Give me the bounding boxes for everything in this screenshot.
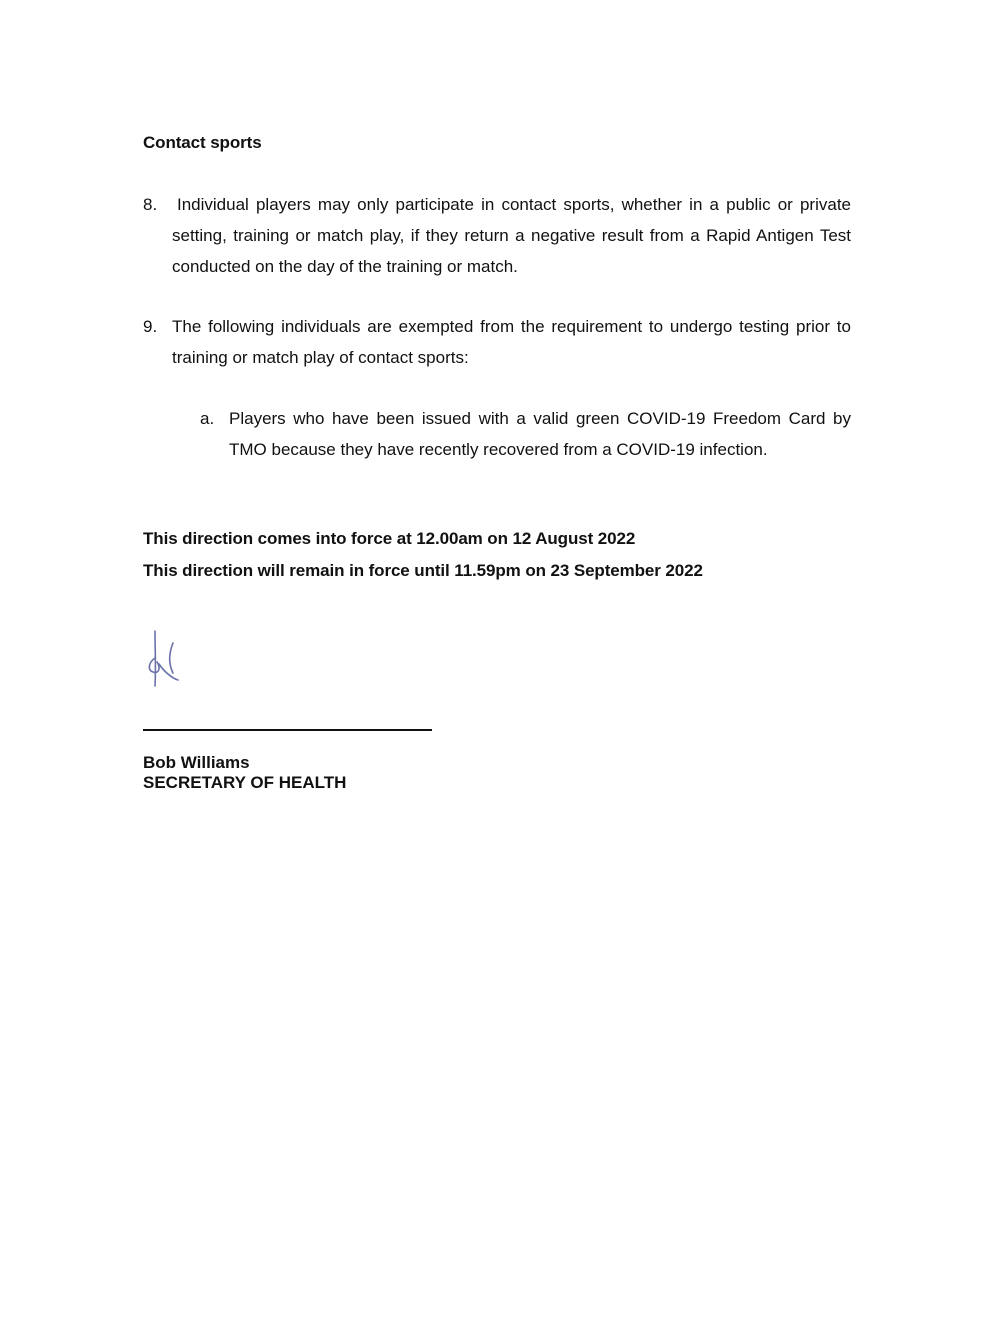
subclause-letter: a. [200, 403, 214, 434]
clause-text: Individual players may only participate … [143, 189, 851, 282]
signer-title: SECRETARY OF HEALTH [143, 773, 346, 793]
signature-line [143, 729, 432, 731]
section-heading: Contact sports [143, 133, 262, 153]
clause-9a: a. Players who have been issued with a v… [200, 403, 851, 465]
clause-number: 8. [143, 189, 157, 220]
subclause-text: Players who have been issued with a vali… [200, 403, 851, 465]
clause-8: 8. Individual players may only participa… [143, 189, 851, 282]
clause-9: 9. The following individuals are exempte… [143, 311, 851, 373]
document-page: Contact sports 8. Individual players may… [0, 0, 1008, 1344]
clause-text: The following individuals are exempted f… [143, 311, 851, 373]
force-end-statement: This direction will remain in force unti… [143, 561, 703, 581]
force-start-statement: This direction comes into force at 12.00… [143, 529, 635, 549]
signer-name: Bob Williams [143, 753, 250, 773]
handwritten-signature-icon [143, 628, 193, 692]
clause-number: 9. [143, 311, 157, 342]
